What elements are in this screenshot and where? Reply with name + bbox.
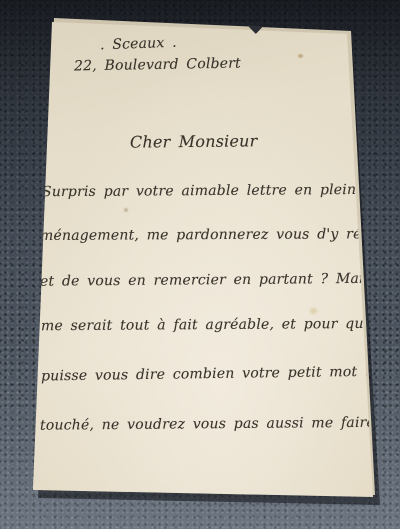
body-line-2: ménagement, me pardonnerez vous d'y répo… bbox=[40, 226, 400, 244]
letterhead-address: 22, Boulevard Colbert bbox=[74, 56, 241, 75]
foxing-stain bbox=[310, 308, 317, 314]
salutation: Cher Monsieur bbox=[130, 131, 258, 151]
foxing-stain bbox=[298, 54, 303, 58]
body-line-5: puisse vous dire combien votre petit mot… bbox=[41, 364, 391, 385]
body-line-1: Surpris par votre aimable lettre en plei… bbox=[42, 182, 382, 200]
letterhead-place: . Sceaux . bbox=[100, 35, 177, 54]
letter-photograph: . Sceaux . 22, Boulevard Colbert Cher Mo… bbox=[0, 0, 400, 529]
body-line-6: touché, ne voudrez vous pas aussi me fai… bbox=[40, 414, 400, 433]
body-line-3: et de vous en remercier en partant ? Mai… bbox=[40, 270, 400, 289]
letter-page: . Sceaux . 22, Boulevard Colbert Cher Mo… bbox=[0, 0, 400, 529]
body-line-4: me serait tout à fait agréable, et pour … bbox=[41, 316, 393, 334]
foxing-stain bbox=[124, 208, 128, 212]
